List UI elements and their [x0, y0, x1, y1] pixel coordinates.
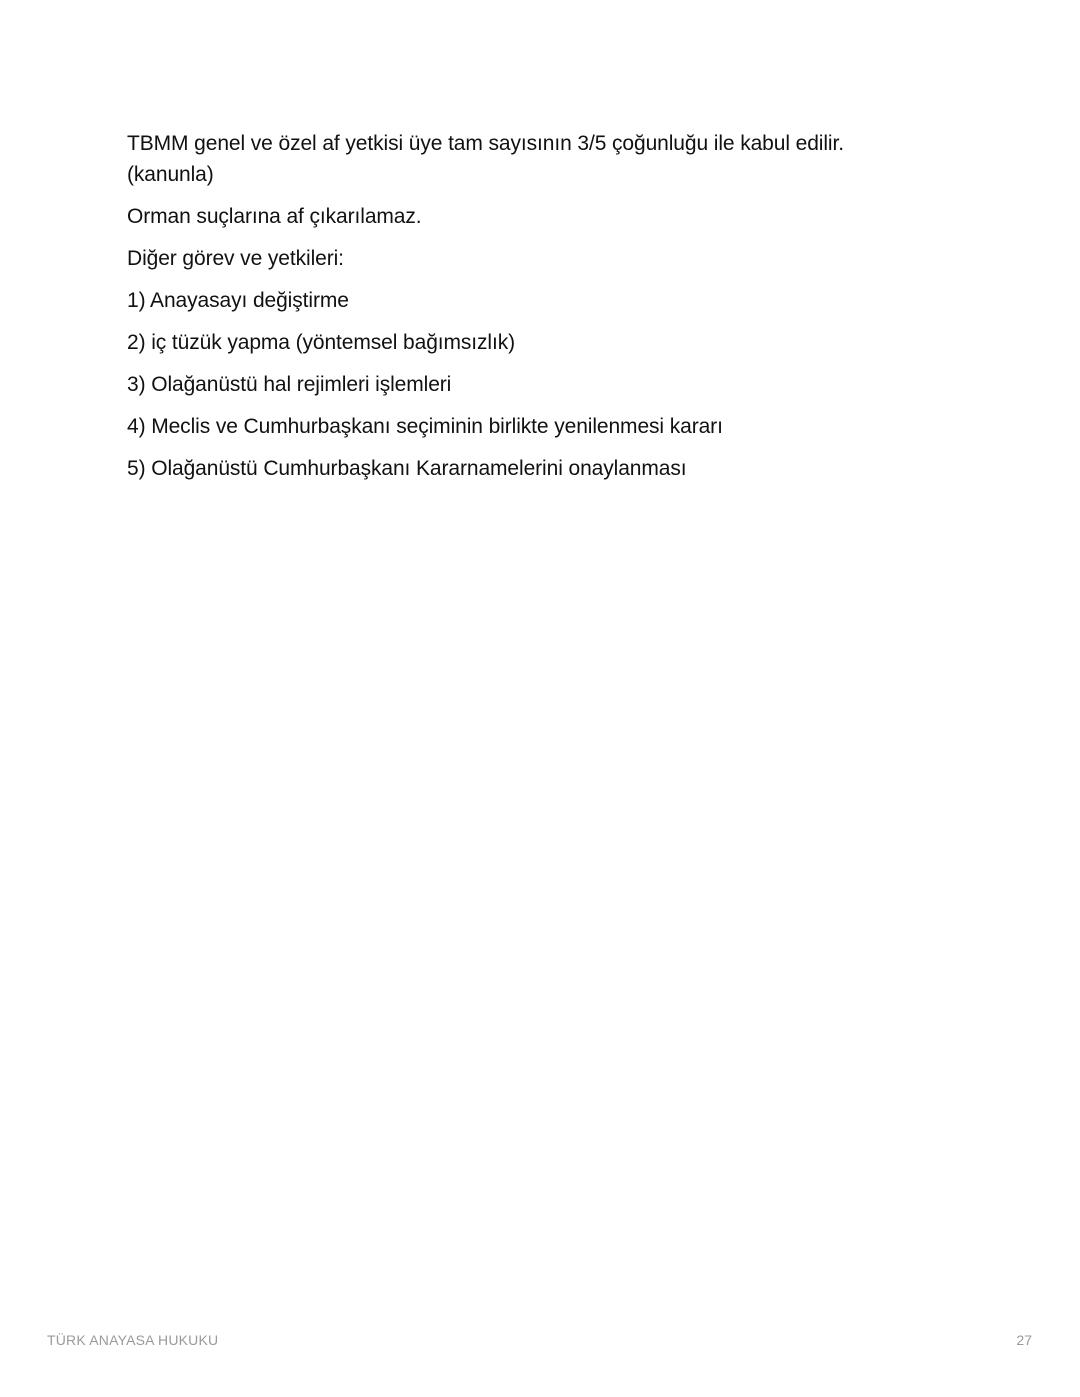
paragraph-amnesty-authority: TBMM genel ve özel af yetkisi üye tam sa… — [127, 128, 927, 190]
paragraph-forest-crimes: Orman suçlarına af çıkarılamaz. — [127, 201, 927, 232]
document-body: TBMM genel ve özel af yetkisi üye tam sa… — [127, 128, 927, 495]
list-item-4: 4) Meclis ve Cumhurbaşkanı seçiminin bir… — [127, 411, 927, 442]
list-item-1: 1) Anayasayı değiştirme — [127, 285, 927, 316]
list-item-5: 5) Olağanüstü Cumhurbaşkanı Kararnameler… — [127, 453, 927, 484]
list-item-2: 2) iç tüzük yapma (yöntemsel bağımsızlık… — [127, 327, 927, 358]
paragraph-other-duties-heading: Diğer görev ve yetkileri: — [127, 243, 927, 274]
list-item-3: 3) Olağanüstü hal rejimleri işlemleri — [127, 369, 927, 400]
footer-title: TÜRK ANAYASA HUKUKU — [47, 1332, 218, 1348]
page-number: 27 — [1016, 1332, 1032, 1348]
